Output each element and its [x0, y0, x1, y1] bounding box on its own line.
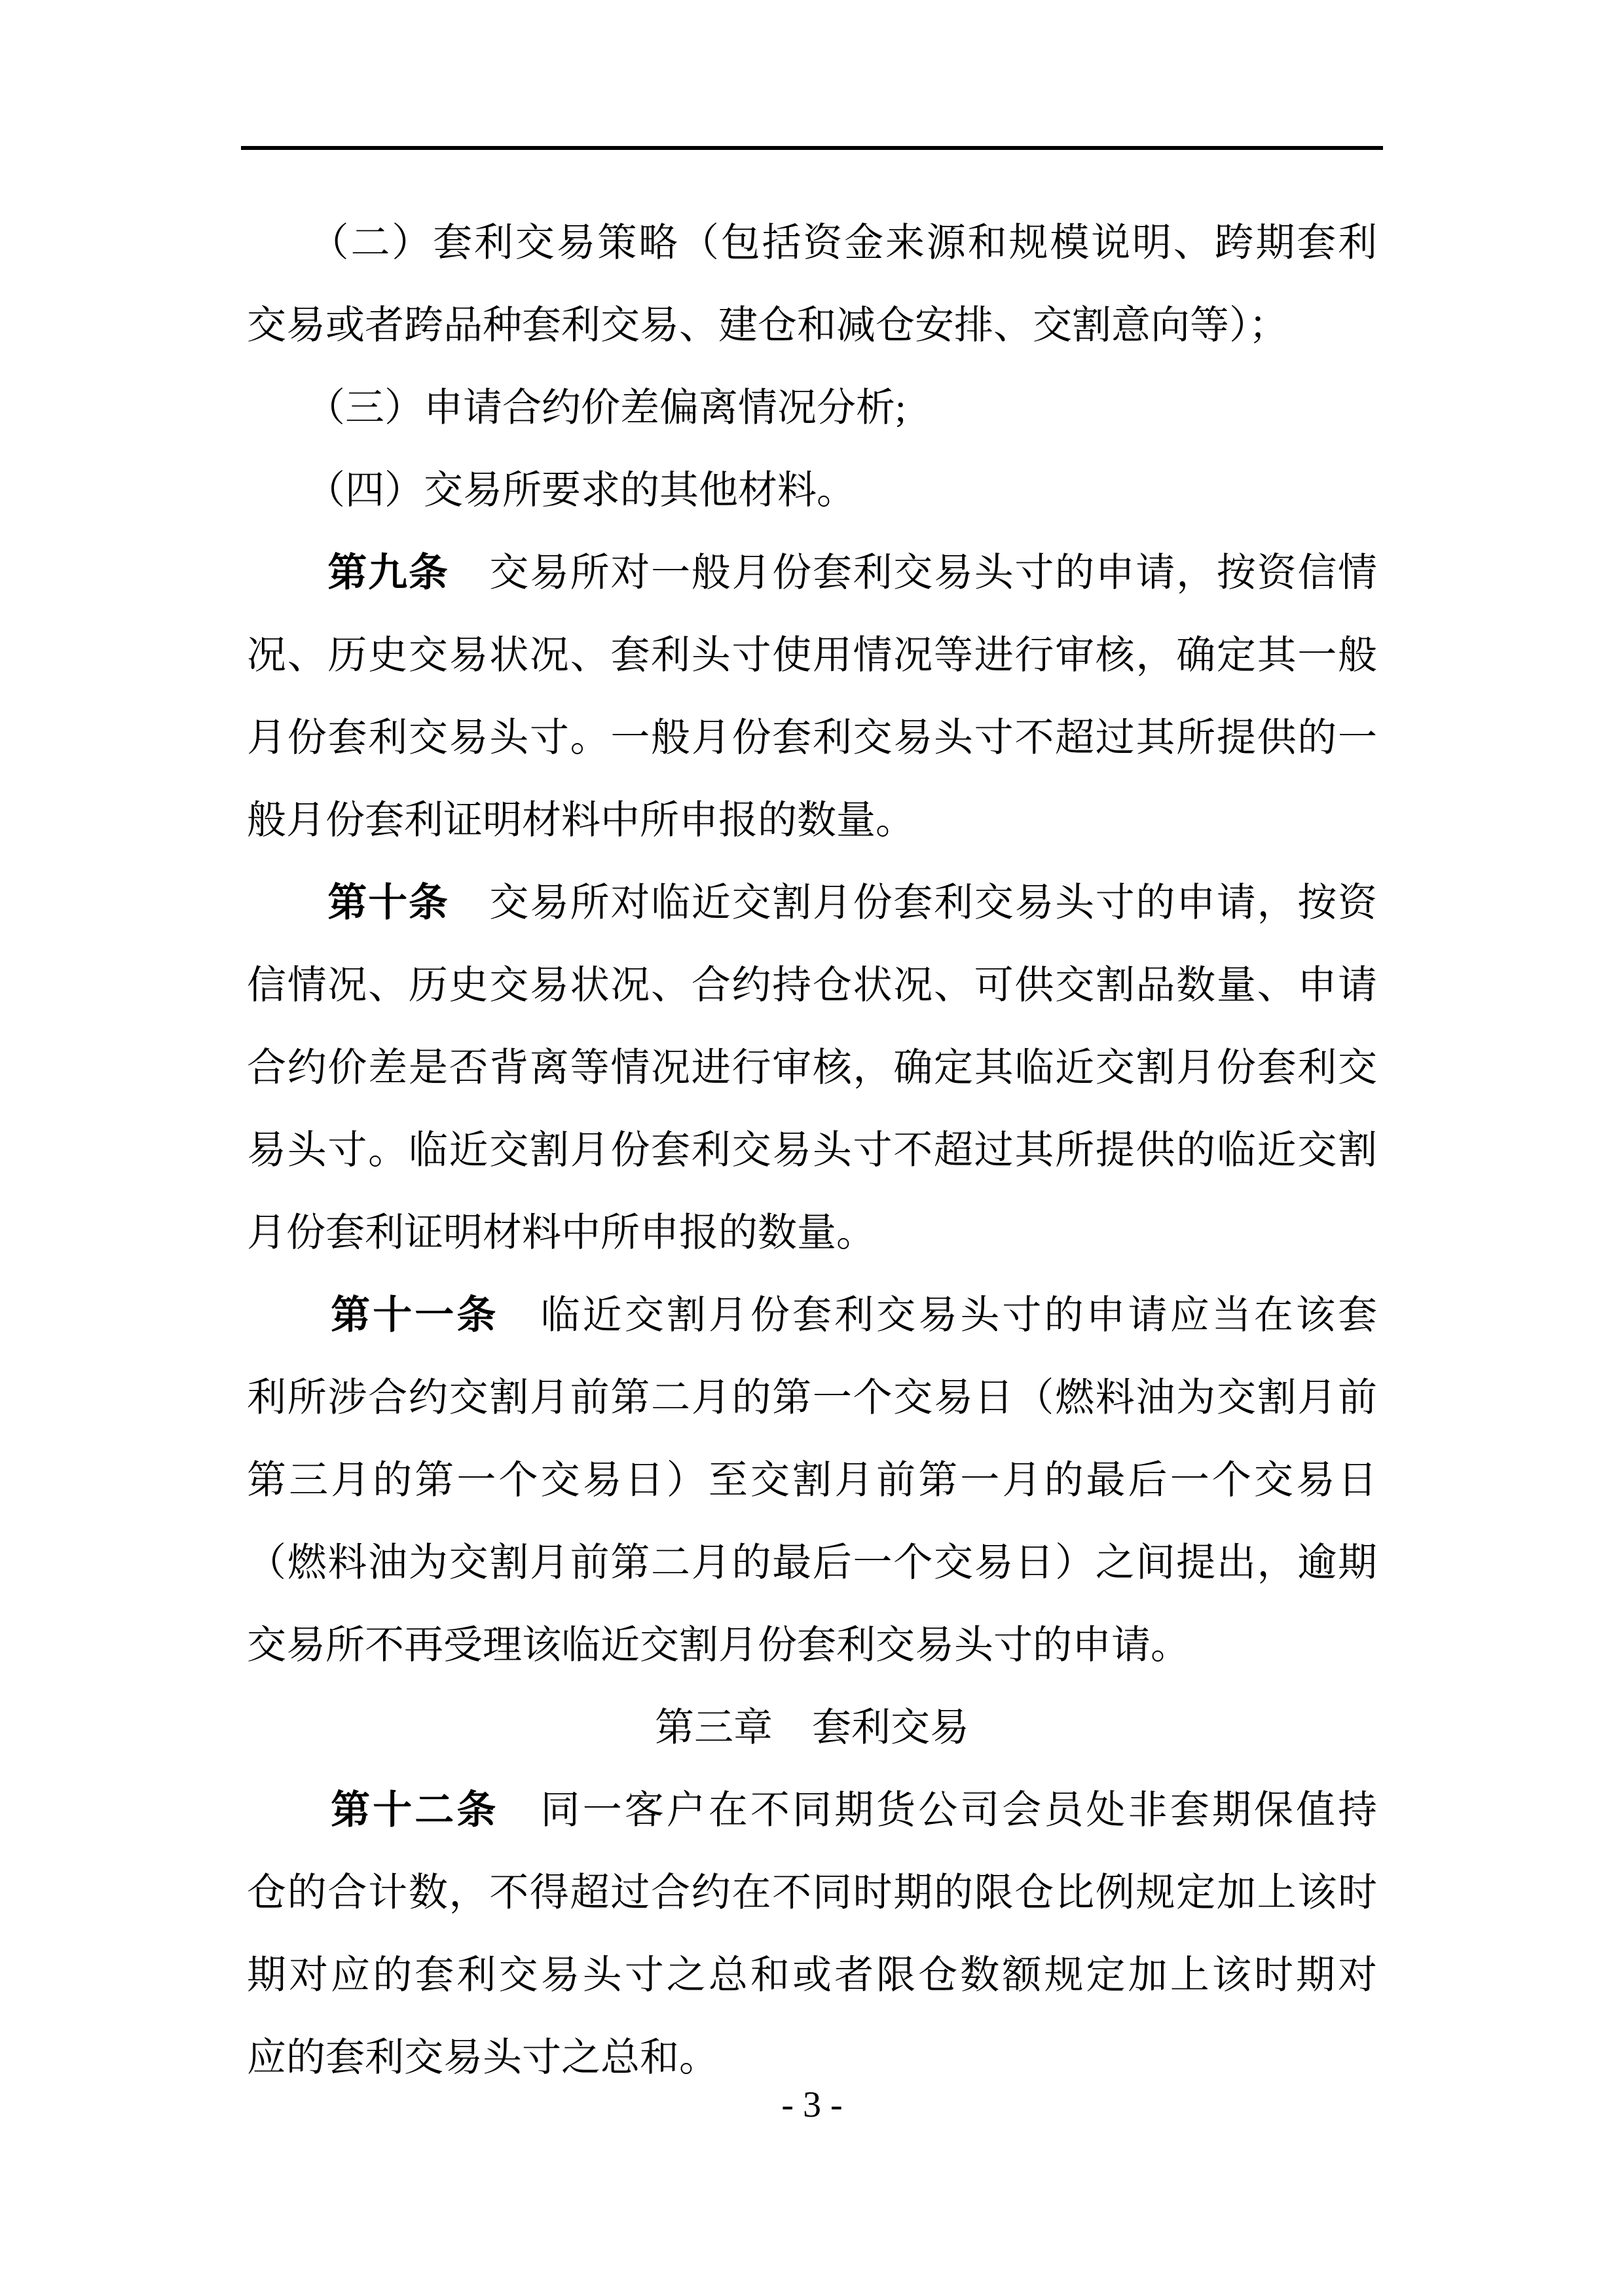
text-line: 第九条 交易所对一般月份套利交易头寸的申请，按资信情: [247, 532, 1377, 614]
text-run: 交易所对一般月份套利交易头寸的申请，按资信情: [449, 551, 1377, 594]
text-line: （三）申请合约价差偏离情况分析;: [247, 367, 1377, 449]
article-term: 第九条: [327, 551, 449, 594]
text-line: 期对应的套利交易头寸之总和或者限仓数额规定加上该时期对: [247, 1934, 1377, 2016]
page-number: - 3 -: [0, 2082, 1624, 2128]
text-run: 况、历史交易状况、套利头寸使用情况等进行审核，确定其一般: [247, 634, 1377, 677]
text-run: 合约价差是否背离等情况进行审核，确定其临近交割月份套利交: [247, 1046, 1377, 1089]
text-run: 应的套利交易头寸之总和。: [247, 2036, 718, 2079]
text-line: 仓的合计数，不得超过合约在不同时期的限仓比例规定加上该时: [247, 1851, 1377, 1934]
article-term: 第十条: [327, 881, 449, 924]
text-run: 般月份套利证明材料中所申报的数量。: [247, 799, 915, 842]
header-rule: [241, 146, 1383, 150]
text-run: 期对应的套利交易头寸之总和或者限仓数额规定加上该时期对: [247, 1954, 1377, 1997]
text-run: 利所涉合约交割月前第二月的第一个交易日（燃料油为交割月前: [247, 1376, 1377, 1419]
text-run: （二）套利交易策略（包括资金来源和规模说明、跨期套利: [247, 221, 1377, 264]
text-run: 临近交割月份套利交易头寸的申请应当在该套: [498, 1294, 1377, 1337]
text-run: 同一客户在不同期货公司会员处非套期保值持: [498, 1789, 1377, 1832]
text-run: 交易或者跨品种套利交易、建仓和减仓安排、交割意向等）；: [247, 304, 1288, 347]
text-line: 合约价差是否背离等情况进行审核，确定其临近交割月份套利交: [247, 1027, 1377, 1109]
text-line: 交易或者跨品种套利交易、建仓和减仓安排、交割意向等）；: [247, 284, 1377, 367]
text-line: （四）交易所要求的其他材料。: [247, 449, 1377, 532]
text-run: （三）申请合约价差偏离情况分析;: [247, 386, 906, 429]
text-run: 月份套利证明材料中所申报的数量。: [247, 1211, 876, 1254]
document-page: （二）套利交易策略（包括资金来源和规模说明、跨期套利交易或者跨品种套利交易、建仓…: [0, 0, 1624, 2296]
text-line: 月份套利证明材料中所申报的数量。: [247, 1192, 1377, 1274]
text-run: 月份套利交易头寸。一般月份套利交易头寸不超过其所提供的一: [247, 716, 1377, 759]
article-term: 第十一条: [331, 1294, 498, 1337]
text-line: 信情况、历史交易状况、合约持仓状况、可供交割品数量、申请: [247, 944, 1377, 1027]
text-run: [247, 1789, 331, 1832]
text-line: 交易所不再受理该临近交割月份套利交易头寸的申请。: [247, 1604, 1377, 1686]
text-line: 第十二条 同一客户在不同期货公司会员处非套期保值持: [247, 1769, 1377, 1851]
text-line: （二）套利交易策略（包括资金来源和规模说明、跨期套利: [247, 202, 1377, 284]
text-line: 第十一条 临近交割月份套利交易头寸的申请应当在该套: [247, 1274, 1377, 1357]
text-run: 交易所对临近交割月份套利交易头寸的申请，按资: [449, 881, 1377, 924]
text-run: 易头寸。临近交割月份套利交易头寸不超过其所提供的临近交割: [247, 1129, 1377, 1172]
text-line: 第三章 套利交易: [247, 1686, 1377, 1769]
text-run: 第三月的第一个交易日）至交割月前第一月的最后一个交易日: [247, 1459, 1377, 1502]
text-run: 信情况、历史交易状况、合约持仓状况、可供交割品数量、申请: [247, 964, 1377, 1007]
text-run: [247, 881, 327, 924]
text-line: 月份套利交易头寸。一般月份套利交易头寸不超过其所提供的一: [247, 697, 1377, 779]
text-run: 交易所不再受理该临近交割月份套利交易头寸的申请。: [247, 1624, 1190, 1667]
text-line: 第十条 交易所对临近交割月份套利交易头寸的申请，按资: [247, 862, 1377, 944]
text-run: 仓的合计数，不得超过合约在不同时期的限仓比例规定加上该时: [247, 1871, 1377, 1914]
text-line: 利所涉合约交割月前第二月的第一个交易日（燃料油为交割月前: [247, 1357, 1377, 1439]
text-run: [247, 1294, 331, 1337]
document-body: （二）套利交易策略（包括资金来源和规模说明、跨期套利交易或者跨品种套利交易、建仓…: [247, 202, 1377, 2099]
text-run: （燃料油为交割月前第二月的最后一个交易日）之间提出，逾期: [247, 1541, 1377, 1584]
text-line: （燃料油为交割月前第二月的最后一个交易日）之间提出，逾期: [247, 1522, 1377, 1604]
text-run: （四）交易所要求的其他材料。: [247, 469, 856, 512]
text-line: 易头寸。临近交割月份套利交易头寸不超过其所提供的临近交割: [247, 1109, 1377, 1192]
text-run: 第三章 套利交易: [655, 1706, 969, 1749]
text-run: [247, 551, 327, 594]
text-line: 般月份套利证明材料中所申报的数量。: [247, 779, 1377, 862]
text-line: 第三月的第一个交易日）至交割月前第一月的最后一个交易日: [247, 1439, 1377, 1522]
text-line: 况、历史交易状况、套利头寸使用情况等进行审核，确定其一般: [247, 614, 1377, 697]
article-term: 第十二条: [331, 1789, 498, 1832]
